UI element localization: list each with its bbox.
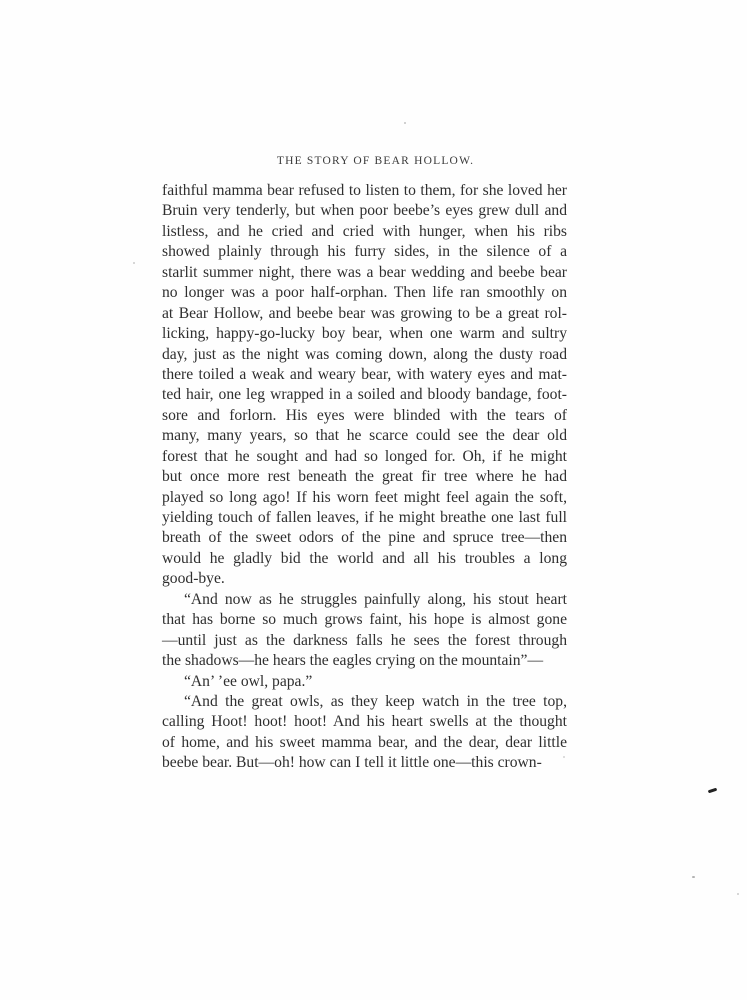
scan-mark — [708, 788, 717, 794]
text-line: sore and forlorn. His eyes were blinded … — [162, 406, 567, 426]
text-line: no longer was a poor half-orphan. Then l… — [162, 283, 567, 303]
text-line: breath of the sweet odors of the pine an… — [162, 528, 567, 548]
scan-speck — [563, 756, 565, 758]
scan-speck — [692, 876, 695, 878]
text-line: beebe bear. But—oh! how can I tell it li… — [162, 753, 567, 773]
text-line: “An’ ’ee owl, papa.” — [162, 672, 567, 692]
text-line: the shadows—he hears the eagles crying o… — [162, 651, 567, 671]
text-line: showed plainly through his furry sides, … — [162, 242, 567, 262]
text-line: but once more rest beneath the great fir… — [162, 467, 567, 487]
book-page: THE STORY OF BEAR HOLLOW. faithful mamma… — [0, 0, 747, 1000]
scan-speck — [133, 262, 135, 264]
text-line: “And now as he struggles painfully along… — [162, 590, 567, 610]
text-line: at Bear Hollow, and beebe bear was growi… — [162, 304, 567, 324]
scan-speck — [737, 893, 739, 895]
text-line: that has borne so much grows faint, his … — [162, 610, 567, 630]
text-line: listless, and he cried and cried with hu… — [162, 222, 567, 242]
text-line: forest that he sought and had so longed … — [162, 447, 567, 467]
text-line: ted hair, one leg wrapped in a soiled an… — [162, 385, 567, 405]
scan-speck — [404, 122, 406, 124]
text-line: “And the great owls, as they keep watch … — [162, 692, 567, 712]
text-line: of home, and his sweet mamma bear, and t… — [162, 733, 567, 753]
text-line: yielding touch of fallen leaves, if he m… — [162, 508, 567, 528]
text-line: faithful mamma bear refused to listen to… — [162, 181, 567, 201]
text-line: licking, happy-go-lucky boy bear, when o… — [162, 324, 567, 344]
text-line: day, just as the night was coming down, … — [162, 345, 567, 365]
text-line: played so long ago! If his worn feet mig… — [162, 488, 567, 508]
text-line: there toiled a weak and weary bear, with… — [162, 365, 567, 385]
body-text: faithful mamma bear refused to listen to… — [162, 181, 567, 774]
text-line: —until just as the darkness falls he see… — [162, 631, 567, 651]
text-line: would he gladly bid the world and all hi… — [162, 549, 567, 569]
text-line: calling Hoot! hoot! hoot! And his heart … — [162, 712, 567, 732]
running-head: THE STORY OF BEAR HOLLOW. — [0, 155, 747, 167]
text-line: starlit summer night, there was a bear w… — [162, 263, 567, 283]
text-line: many, many years, so that he scarce coul… — [162, 426, 567, 446]
text-line: good-bye. — [162, 569, 567, 589]
text-line: Bruin very tenderly, but when poor beebe… — [162, 201, 567, 221]
